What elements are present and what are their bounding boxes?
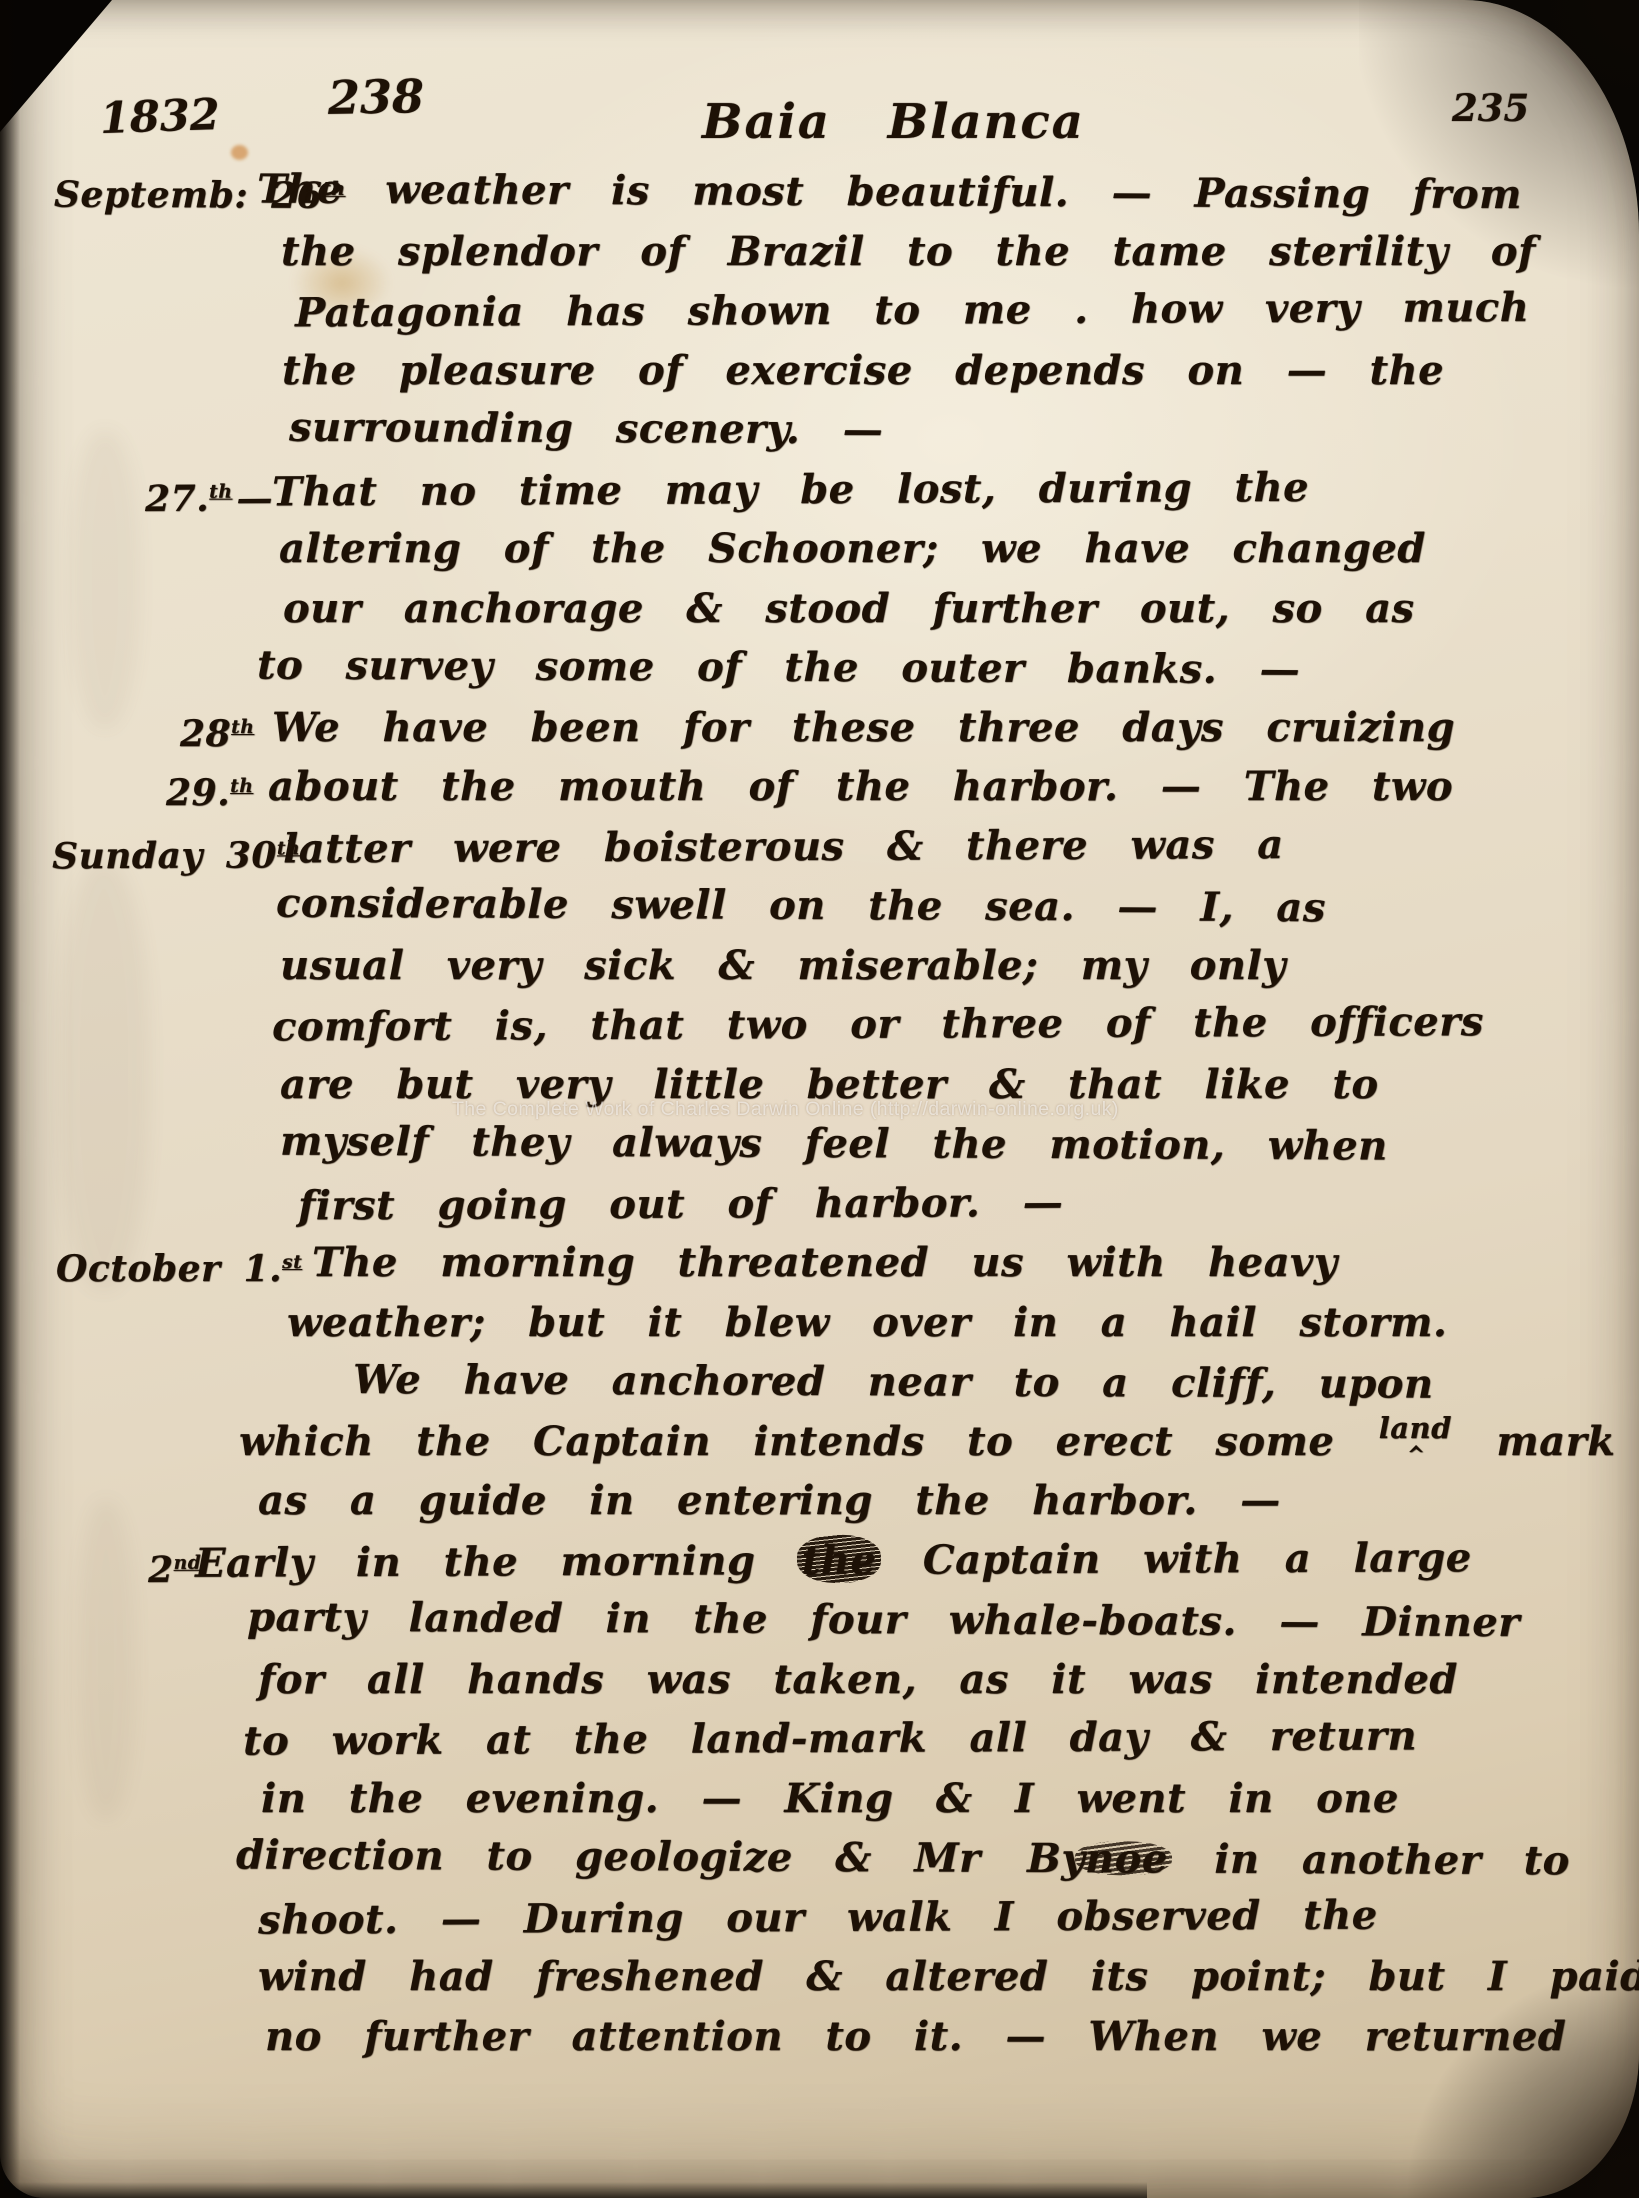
line-text: Early in the morning the Captain with a … — [195, 1527, 1610, 1593]
line-text: party landed in the four whale-boats. — … — [247, 1587, 1610, 1652]
line-text: We have anchored near to a cliff, upon — [353, 1350, 1610, 1415]
line-text: direction to geologize & Mr Bynoe in ano… — [236, 1825, 1610, 1890]
manuscript-line: direction to geologize & Mr Bynoe in ano… — [40, 1825, 1610, 1891]
line-text: our anchorage & stood further out, so as — [283, 579, 1610, 639]
line-text: Patagonia has shown to me . how very muc… — [295, 278, 1610, 343]
entry-date-label: Septemb: 26th — [54, 159, 346, 227]
manuscript-line: to survey some of the outer banks. — — [40, 635, 1610, 701]
entry-date-label: 29.th — [166, 757, 253, 824]
manuscript-line: 2nd Early in the morning the Captain wit… — [40, 1527, 1610, 1593]
manuscript-line: wind had freshened & altered its point; … — [40, 1947, 1610, 2007]
inserted-word: land — [1379, 1411, 1452, 1445]
line-text: usual very sick & miserable; my only — [280, 936, 1610, 996]
manuscript-line: first going out of harbor. — — [40, 1170, 1610, 1236]
line-text: as a guide in entering the harbor. — — [258, 1471, 1610, 1531]
manuscript-line: weather; but it blew over in a hail stor… — [40, 1293, 1610, 1353]
manuscript-line: October 1.st The morning threatened us w… — [40, 1233, 1610, 1293]
folio-number-left: 238 — [328, 69, 425, 125]
line-text: That no time may be lost, during the — [272, 456, 1610, 521]
manuscript-line: which the Captain intends to erect some … — [40, 1412, 1610, 1472]
manuscript-line: in the evening. — King & I went in one — [40, 1769, 1610, 1829]
manuscript-line: shoot. — During our walk I observed the — [40, 1884, 1610, 1950]
line-text: the splendor of Brazil to the tame steri… — [281, 222, 1610, 282]
page-bottom-edge-shadow — [0, 2182, 1147, 2198]
entry-date-label: October 1.st — [56, 1233, 302, 1300]
manuscript-line: party landed in the four whale-boats. — … — [40, 1587, 1610, 1653]
struck-word: the — [802, 1530, 877, 1590]
manuscript-line: Septemb: 26th The weather is most beauti… — [40, 159, 1610, 225]
line-text: surrounding scenery. — — [289, 398, 1610, 463]
paper-stain-dot — [231, 145, 248, 160]
manuscript-line: for all hands was taken, as it was inten… — [40, 1650, 1610, 1710]
overwritten-word: Bynoe — [1027, 1829, 1168, 1889]
line-text: first going out of harbor. — — [298, 1170, 1610, 1235]
line-text: about the mouth of the harbor. — The two — [268, 757, 1610, 817]
line-text: wind had freshened & altered its point; … — [258, 1947, 1610, 2007]
manuscript-line: 27.th— That no time may be lost, during … — [40, 456, 1610, 522]
entry-date-label: 28th — [180, 698, 254, 765]
line-text: The morning threatened us with heavy — [312, 1233, 1610, 1293]
line-text: considerable swell on the sea. — I, as — [276, 874, 1610, 939]
line-text: weather; but it blew over in a hail stor… — [287, 1293, 1610, 1353]
manuscript-line: our anchorage & stood further out, so as — [40, 579, 1610, 639]
line-text: which the Captain intends to erect some … — [239, 1412, 1610, 1476]
manuscript-line: no further attention to it. — When we re… — [40, 2007, 1610, 2067]
line-text: to survey some of the outer banks. — — [257, 636, 1610, 701]
line-text: in the evening. — King & I went in one — [261, 1769, 1610, 1829]
manuscript-line: as a guide in entering the harbor. — — [40, 1471, 1610, 1531]
diary-page-paper: 1832 238 Baia Blanca 235 Septemb: 26th T… — [0, 0, 1639, 2198]
manuscript-line: considerable swell on the sea. — I, as — [40, 873, 1610, 939]
line-text: We have been for these three days cruizi… — [272, 698, 1610, 758]
manuscript-line: Patagonia has shown to me . how very muc… — [40, 278, 1610, 344]
darwin-online-watermark: The Complete Work of Charles Darwin Onli… — [452, 1098, 1119, 1121]
line-text: altering of the Schooner; we have change… — [279, 519, 1610, 579]
line-text: the pleasure of exercise depends on — th… — [282, 341, 1610, 401]
line-text: for all hands was taken, as it was inten… — [258, 1650, 1610, 1710]
page-title: Baia Blanca — [702, 94, 1085, 150]
page-number-right: 235 — [1452, 86, 1529, 130]
line-text: myself they always feel the motion, when — [280, 1112, 1610, 1177]
line-text: shoot. — During our walk I observed the — [258, 1884, 1610, 1949]
line-text: latter were boisterous & there was a — [283, 813, 1610, 878]
manuscript-line: comfort is, that two or three of the off… — [40, 992, 1610, 1058]
manuscript-photo: { "header": { "year": "1832", "folio_lef… — [0, 0, 1639, 2198]
manuscript-line: surrounding scenery. — — [40, 397, 1610, 463]
manuscript-line: 29.th about the mouth of the harbor. — T… — [40, 757, 1610, 817]
line-text: comfort is, that two or three of the off… — [272, 992, 1610, 1057]
manuscript-line: Sunday 30th latter were boisterous & the… — [40, 813, 1610, 879]
year-annotation: 1832 — [99, 90, 220, 144]
line-text: The weather is most beautiful. — Passing… — [257, 160, 1610, 225]
manuscript-line: usual very sick & miserable; my only — [40, 936, 1610, 996]
manuscript-line: 28th We have been for these three days c… — [40, 698, 1610, 758]
line-text: to work at the land-mark all day & retur… — [243, 1706, 1610, 1771]
manuscript-line: altering of the Schooner; we have change… — [40, 519, 1610, 579]
manuscript-line: We have anchored near to a cliff, upon — [40, 1349, 1610, 1415]
manuscript-line: the splendor of Brazil to the tame steri… — [40, 222, 1610, 282]
manuscript-line: the pleasure of exercise depends on — th… — [40, 341, 1610, 401]
book-binding-shadow — [0, 0, 20, 2198]
manuscript-line: to work at the land-mark all day & retur… — [40, 1706, 1610, 1772]
line-text: no further attention to it. — When we re… — [265, 2007, 1610, 2067]
